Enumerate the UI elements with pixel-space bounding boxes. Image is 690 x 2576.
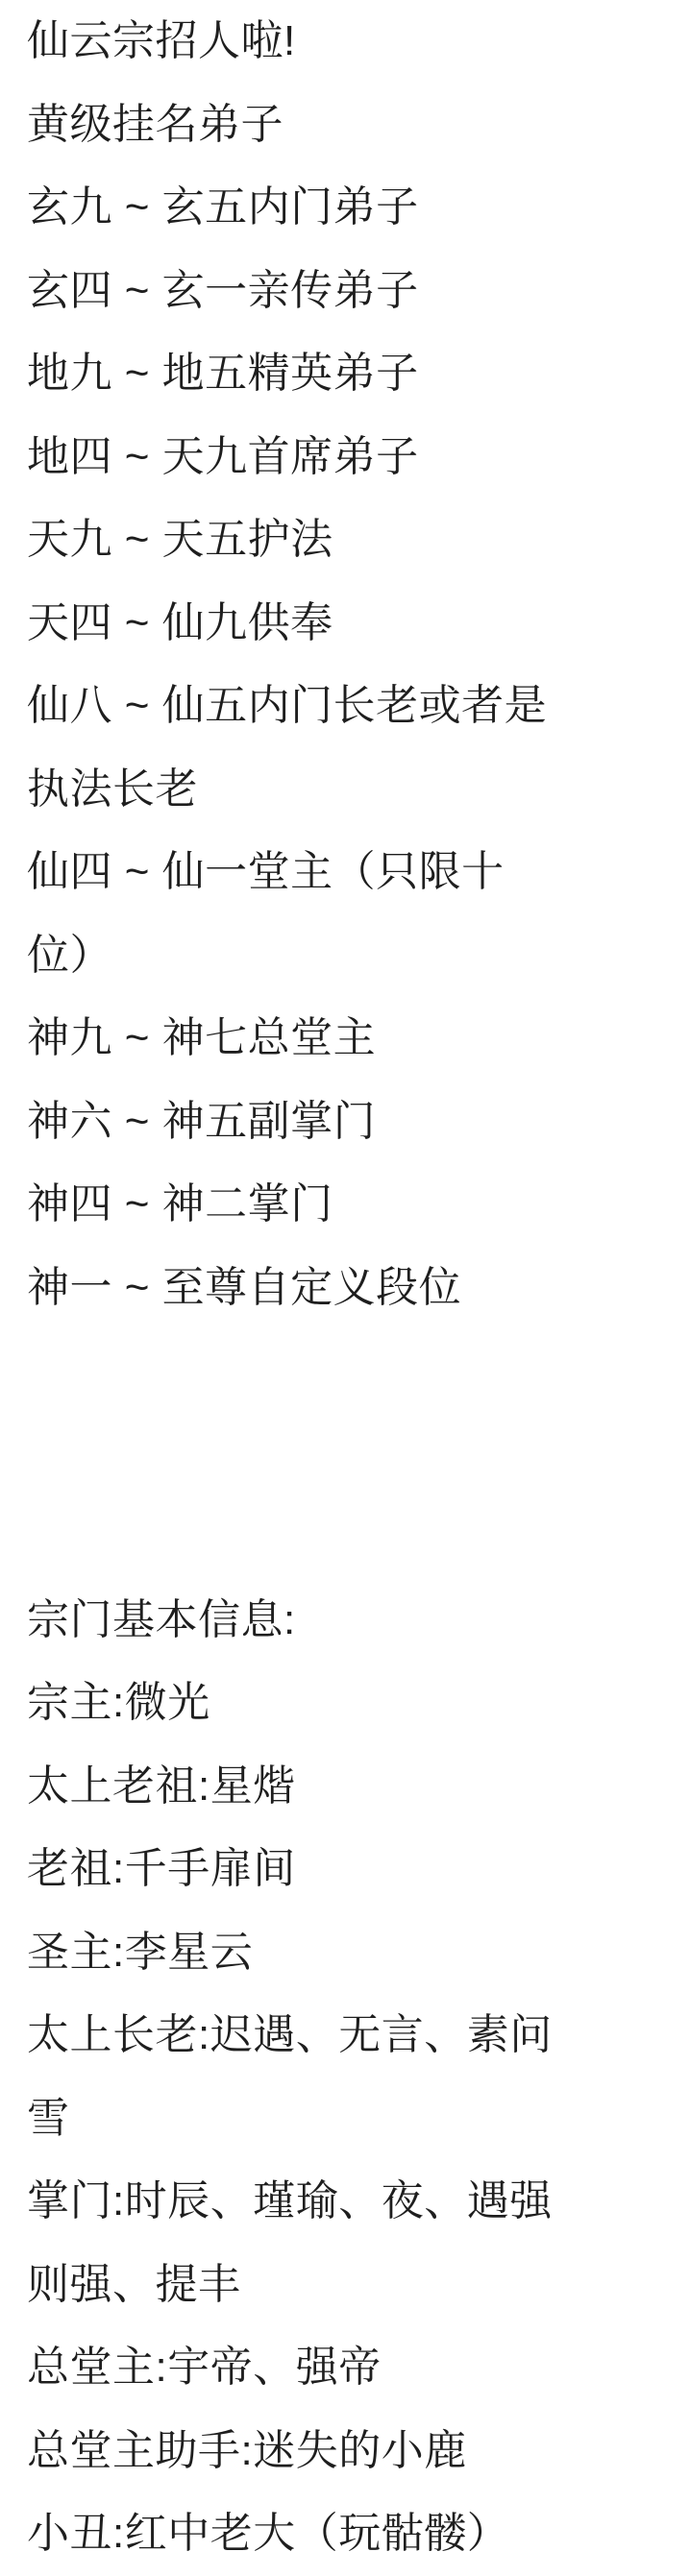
text-line: 宗门基本信息: bbox=[27, 1579, 604, 1663]
sect-basic-info: 宗门基本信息:宗主:微光太上老祖:星煯老祖:千手扉间圣主:李星云太上长老:迟遇、… bbox=[27, 1579, 604, 2576]
text-line: 神四 ~ 神二掌门 bbox=[27, 1163, 604, 1247]
blank-line bbox=[27, 1329, 604, 1413]
text-line: 宗主:微光 bbox=[27, 1662, 604, 1745]
text-line: 地九 ~ 地五精英弟子 bbox=[27, 332, 604, 416]
text-line: 玄四 ~ 玄一亲传弟子 bbox=[27, 250, 604, 333]
text-line: 位） bbox=[27, 914, 604, 998]
recruitment-rank-list: 仙云宗招人啦!黄级挂名弟子玄九 ~ 玄五内门弟子玄四 ~ 玄一亲传弟子地九 ~ … bbox=[27, 0, 604, 1329]
text-line: 神九 ~ 神七总堂主 bbox=[27, 997, 604, 1081]
text-line: 天四 ~ 仙九供奉 bbox=[27, 582, 604, 666]
text-line: 神六 ~ 神五副掌门 bbox=[27, 1081, 604, 1164]
text-line: 掌门:时辰、瑾瑜、夜、遇强 bbox=[27, 2160, 604, 2244]
text-line: 太上长老:迟遇、无言、素问 bbox=[27, 1994, 604, 2078]
text-line: 圣主:李星云 bbox=[27, 1911, 604, 1995]
text-line: 仙云宗招人啦! bbox=[27, 0, 604, 84]
text-line: 总堂主:宇帝、强帝 bbox=[27, 2326, 604, 2410]
text-line: 太上老祖:星煯 bbox=[27, 1745, 604, 1829]
text-line: 总堂主助手:迷失的小鹿 bbox=[27, 2410, 604, 2493]
text-line: 仙四 ~ 仙一堂主（只限十 bbox=[27, 831, 604, 914]
blank-line bbox=[27, 1413, 604, 1496]
blank-line bbox=[27, 1495, 604, 1579]
text-line: 仙八 ~ 仙五内门长老或者是 bbox=[27, 665, 604, 748]
text-line: 黄级挂名弟子 bbox=[27, 84, 604, 167]
text-line: 神一 ~ 至尊自定义段位 bbox=[27, 1247, 604, 1330]
text-line: 天九 ~ 天五护法 bbox=[27, 498, 604, 582]
text-line: 小丑:红中老大（玩骷髅） bbox=[27, 2492, 604, 2576]
text-line: 老祖:千手扉间 bbox=[27, 1828, 604, 1911]
text-line: 雪 bbox=[27, 2078, 604, 2161]
text-line: 地四 ~ 天九首席弟子 bbox=[27, 416, 604, 499]
text-line: 则强、提丰 bbox=[27, 2244, 604, 2327]
recruitment-post-document: 仙云宗招人啦!黄级挂名弟子玄九 ~ 玄五内门弟子玄四 ~ 玄一亲传弟子地九 ~ … bbox=[0, 0, 690, 2576]
text-line: 执法长老 bbox=[27, 748, 604, 832]
section-gap bbox=[27, 1329, 604, 1579]
text-line: 玄九 ~ 玄五内门弟子 bbox=[27, 166, 604, 250]
